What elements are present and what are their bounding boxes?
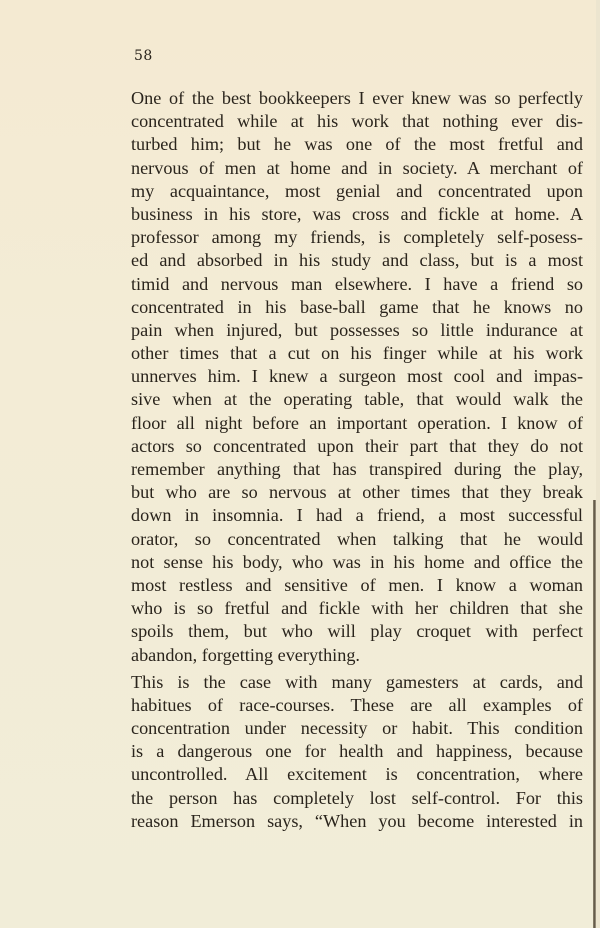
text-line: One of the best bookkeepers I ever knew … <box>131 87 583 110</box>
text-line: but who are so nervous at other times th… <box>131 481 583 504</box>
text-line: This is the case with many gamesters at … <box>131 671 583 694</box>
text-line: pain when injured, but possesses so litt… <box>131 319 583 342</box>
text-line: nervous of men at home and in society. A… <box>131 157 583 180</box>
text-line: unnerves him. I knew a surgeon most cool… <box>131 365 583 388</box>
text-line: timid and nervous man elsewhere. I have … <box>131 273 583 296</box>
body-text: One of the best bookkeepers I ever knew … <box>131 87 583 833</box>
page-edge-shadow <box>596 0 600 928</box>
text-line: most restless and sensitive of men. I kn… <box>131 574 583 597</box>
text-line: my acquaintance, most genial and concent… <box>131 180 583 203</box>
text-line: orator, so concentrated when talking tha… <box>131 528 583 551</box>
text-line: floor all night before an important oper… <box>131 412 583 435</box>
text-line: professor among my friends, is completel… <box>131 226 583 249</box>
text-line: concentrated in his base-ball game that … <box>131 296 583 319</box>
text-line: ed and absorbed in his study and class, … <box>131 249 583 272</box>
text-line: actors so concentrated upon their part t… <box>131 435 583 458</box>
page-number: 58 <box>134 48 153 64</box>
text-line: habitues of race-courses. These are all … <box>131 694 583 717</box>
text-line: turbed him; but he was one of the most f… <box>131 133 583 156</box>
book-page: 58 One of the best bookkeepers I ever kn… <box>0 0 600 928</box>
text-line: reason Emerson says, “When you become in… <box>131 810 583 833</box>
text-line: not sense his body, who was in his home … <box>131 551 583 574</box>
text-line: sive when at the operating table, that w… <box>131 388 583 411</box>
paragraph-2: This is the case with many gamesters at … <box>131 671 583 833</box>
text-line: spoils them, but who will play croquet w… <box>131 620 583 643</box>
text-line: concentrated while at his work that noth… <box>131 110 583 133</box>
text-line: abandon, forgetting everything. <box>131 644 583 667</box>
text-line: business in his store, was cross and fic… <box>131 203 583 226</box>
paragraph-1: One of the best bookkeepers I ever knew … <box>131 87 583 667</box>
text-line: uncontrolled. All excitement is concentr… <box>131 763 583 786</box>
text-line: remember anything that has transpired du… <box>131 458 583 481</box>
text-line: down in insomnia. I had a friend, a most… <box>131 504 583 527</box>
text-line: is a dangerous one for health and happin… <box>131 740 583 763</box>
text-line: the person has completely lost self-cont… <box>131 787 583 810</box>
page-binding-edge <box>593 500 596 928</box>
text-line: who is so fretful and fickle with her ch… <box>131 597 583 620</box>
text-line: other times that a cut on his finger whi… <box>131 342 583 365</box>
text-line: concentration under necessity or habit. … <box>131 717 583 740</box>
